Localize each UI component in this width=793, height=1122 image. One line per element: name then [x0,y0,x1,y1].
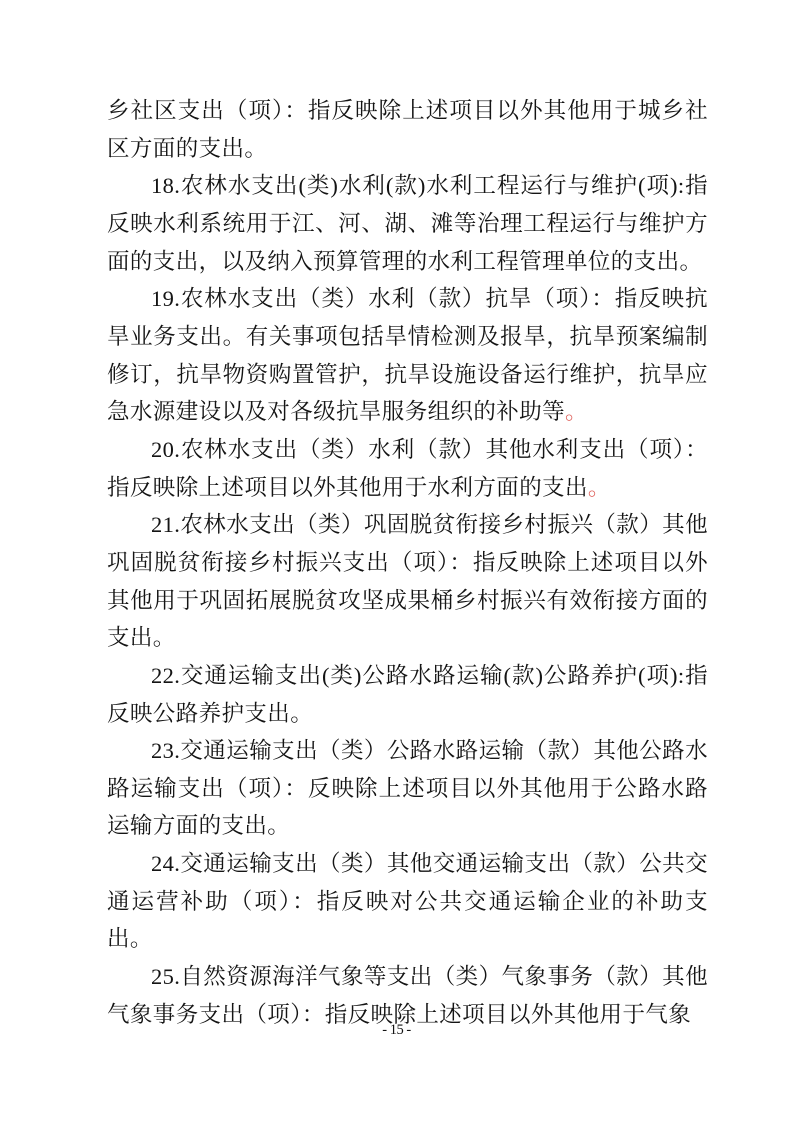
paragraph-text: 22.交通运输支出(类)公路水路运输(款)公路养护(项):指反映公路养护支出。 [107,663,708,726]
paragraph-text: 18.农林水支出(类)水利(款)水利工程运行与维护(项):指反映水利系统用于江、… [107,173,708,273]
paragraph-text: 24.交通运输支出（类）其他交通运输支出（款）公共交通运营补助（项）：指反映对公… [107,851,708,951]
paragraph: 24.交通运输支出（类）其他交通运输支出（款）公共交通运营补助（项）：指反映对公… [107,845,708,958]
paragraph: 23.交通运输支出（类）公路水路运输（款）其他公路水路运输支出（项）：反映除上述… [107,732,708,845]
paragraph-text: 乡社区支出（项）：指反映除上述项目以外其他用于城乡社区方面的支出。 [107,98,708,161]
paragraph: 22.交通运输支出(类)公路水路运输(款)公路养护(项):指反映公路养护支出。 [107,657,708,732]
paragraph-text: 21.农林水支出（类）巩固脱贫衔接乡村振兴（款）其他巩固脱贫衔接乡村振兴支出（项… [107,512,708,650]
red-period: 。 [588,475,611,500]
paragraph: 乡社区支出（项）：指反映除上述项目以外其他用于城乡社区方面的支出。 [107,92,708,167]
paragraph-text: 19.农林水支出（类）水利（款）抗旱（项）：指反映抗旱业务支出。有关事项包括旱情… [107,286,708,424]
paragraph-text: 25.自然资源海洋气象等支出（类）气象事务（款）其他气象事务支出（项）：指反映除… [107,964,708,1027]
paragraph: 19.农林水支出（类）水利（款）抗旱（项）：指反映抗旱业务支出。有关事项包括旱情… [107,280,708,431]
red-period: 。 [565,399,588,424]
document-body: 乡社区支出（项）：指反映除上述项目以外其他用于城乡社区方面的支出。18.农林水支… [107,92,708,1033]
paragraph-text: 20.农林水支出（类）水利（款）其他水利支出（项）：指反映除上述项目以外其他用于… [107,437,708,500]
paragraph: 20.农林水支出（类）水利（款）其他水利支出（项）：指反映除上述项目以外其他用于… [107,431,708,506]
paragraph-text: 23.交通运输支出（类）公路水路运输（款）其他公路水路运输支出（项）：反映除上述… [107,738,708,838]
document-page: 乡社区支出（项）：指反映除上述项目以外其他用于城乡社区方面的支出。18.农林水支… [0,0,793,1122]
page-number: - 15 - [0,1022,793,1039]
paragraph: 18.农林水支出(类)水利(款)水利工程运行与维护(项):指反映水利系统用于江、… [107,167,708,280]
paragraph: 21.农林水支出（类）巩固脱贫衔接乡村振兴（款）其他巩固脱贫衔接乡村振兴支出（项… [107,506,708,657]
